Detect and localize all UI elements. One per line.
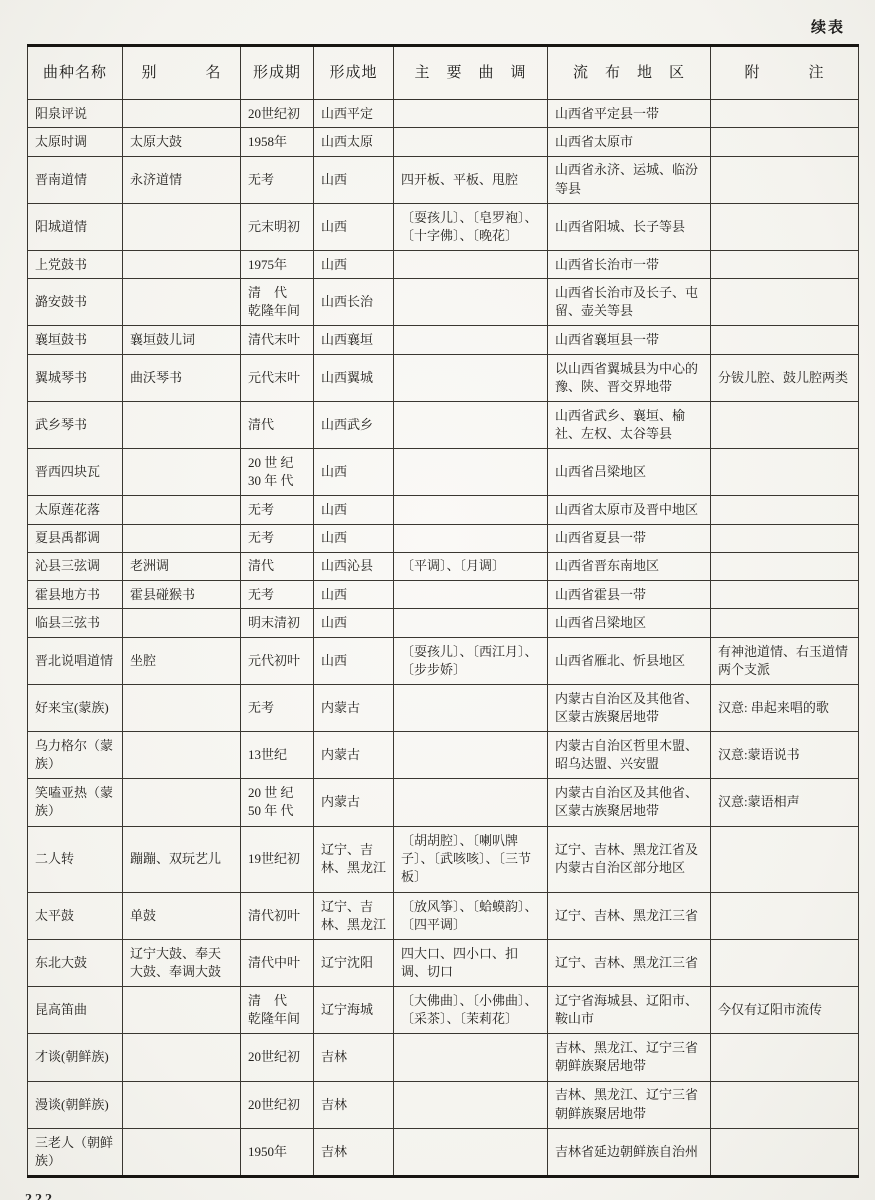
table-cell [711, 279, 859, 326]
table-cell [394, 609, 548, 637]
table-cell: 无考 [241, 581, 314, 609]
table-row: 阳城道情元末明初山西〔耍孩儿〕、〔皂罗袍〕、〔十字佛〕、〔晚花〕山西省阳城、长子… [28, 203, 859, 250]
quyi-table: 曲种名称别 名形成期形成地主 要 曲 调流 布 地 区附 注 阳泉评说20世纪初… [27, 44, 859, 1178]
page-number: 222 [25, 1192, 55, 1200]
table-cell [711, 401, 859, 448]
table-cell: 山西 [314, 203, 394, 250]
table-cell: 清 代 乾隆年间 [241, 987, 314, 1034]
table-cell [711, 552, 859, 580]
table-row: 笑嗑亚热（蒙族）20 世 纪 50 年 代内蒙古内蒙古自治区及其他省、区蒙古族聚… [28, 779, 859, 826]
table-cell: 乌力格尔（蒙族） [28, 732, 123, 779]
table-cell: 翼城琴书 [28, 354, 123, 401]
table-cell: 太平鼓 [28, 892, 123, 939]
table-cell: 山西省吕梁地区 [548, 609, 711, 637]
column-header: 曲种名称 [28, 46, 123, 100]
table-cell: 山西省长治市及长子、屯留、壶关等县 [548, 279, 711, 326]
table-cell: 四开板、平板、甩腔 [394, 156, 548, 203]
table-cell: 辽宁、吉林、黑龙江三省 [548, 939, 711, 986]
table-row: 太原时调太原大鼓1958年山西太原山西省太原市 [28, 128, 859, 156]
table-cell: 〔平调〕、〔月调〕 [394, 552, 548, 580]
table-cell: 〔耍孩儿〕、〔西江月〕、〔步步娇〕 [394, 637, 548, 684]
table-row: 翼城琴书曲沃琴书元代末叶山西翼城以山西省翼城县为中心的豫、陕、晋交界地带分钹儿腔… [28, 354, 859, 401]
table-cell: 山西 [314, 524, 394, 552]
table-cell: 山西平定 [314, 100, 394, 128]
table-cell: 1975年 [241, 250, 314, 278]
table-header: 曲种名称别 名形成期形成地主 要 曲 调流 布 地 区附 注 [28, 46, 859, 100]
table-row: 乌力格尔（蒙族）13世纪内蒙古内蒙古自治区哲里木盟、昭乌达盟、兴安盟汉意:蒙语说… [28, 732, 859, 779]
table-cell [711, 203, 859, 250]
table-cell: 〔胡胡腔〕、〔喇叭牌子〕、〔武咳咳〕、〔三节板〕 [394, 826, 548, 892]
table-cell: 山西 [314, 637, 394, 684]
table-row: 临县三弦书明末清初山西山西省吕梁地区 [28, 609, 859, 637]
table-cell: 吉林 [314, 1034, 394, 1081]
table-row: 太平鼓单鼓清代初叶辽宁、吉林、黑龙江〔放风筝〕、〔蛤蟆韵〕、〔四平调〕辽宁、吉林… [28, 892, 859, 939]
table-cell [123, 250, 241, 278]
table-cell [123, 496, 241, 524]
table-cell [711, 826, 859, 892]
table-cell: 太原大鼓 [123, 128, 241, 156]
table-cell: 山西沁县 [314, 552, 394, 580]
continued-table-label: 续表 [811, 16, 845, 37]
table-cell: 辽宁沈阳 [314, 939, 394, 986]
table-cell [394, 779, 548, 826]
table-cell [394, 581, 548, 609]
table-cell: 晋南道情 [28, 156, 123, 203]
table-row: 晋北说唱道情坐腔元代初叶山西〔耍孩儿〕、〔西江月〕、〔步步娇〕山西省雁北、忻县地… [28, 637, 859, 684]
table-cell [711, 156, 859, 203]
table-cell: 襄垣鼓书 [28, 326, 123, 354]
table-cell: 无考 [241, 496, 314, 524]
table-cell [394, 732, 548, 779]
table-cell [394, 100, 548, 128]
table-body: 阳泉评说20世纪初山西平定山西省平定县一带太原时调太原大鼓1958年山西太原山西… [28, 100, 859, 1177]
table-cell: 晋西四块瓦 [28, 449, 123, 496]
table-row: 太原莲花落无考山西山西省太原市及晋中地区 [28, 496, 859, 524]
table-cell [711, 1128, 859, 1176]
table-cell: 山西襄垣 [314, 326, 394, 354]
table-cell [394, 1128, 548, 1176]
table-cell: 20 世 纪 30 年 代 [241, 449, 314, 496]
table-cell: 山西省永济、运城、临汾等县 [548, 156, 711, 203]
table-cell: 今仅有辽阳市流传 [711, 987, 859, 1034]
table-cell: 漫谈(朝鲜族) [28, 1081, 123, 1128]
table-cell: 东北大鼓 [28, 939, 123, 986]
table-cell: 内蒙古 [314, 732, 394, 779]
table-cell: 山西 [314, 250, 394, 278]
table-cell: 清代末叶 [241, 326, 314, 354]
table-row: 潞安鼓书清 代 乾隆年间山西长治山西省长治市及长子、屯留、壶关等县 [28, 279, 859, 326]
table-cell [394, 401, 548, 448]
table-cell: 辽宁、吉林、黑龙江 [314, 892, 394, 939]
table-row: 东北大鼓辽宁大鼓、奉天大鼓、奉调大鼓清代中叶辽宁沈阳四大口、四小口、扣调、切口辽… [28, 939, 859, 986]
table-cell: 汉意:蒙语说书 [711, 732, 859, 779]
table-cell [394, 279, 548, 326]
table-cell [394, 354, 548, 401]
column-header: 别 名 [123, 46, 241, 100]
table-cell: 临县三弦书 [28, 609, 123, 637]
table-cell [123, 1081, 241, 1128]
table-cell [123, 684, 241, 731]
column-header: 流 布 地 区 [548, 46, 711, 100]
table-cell [123, 987, 241, 1034]
table-cell: 山西 [314, 609, 394, 637]
table-cell: 襄垣鼓儿词 [123, 326, 241, 354]
table-cell: 内蒙古自治区及其他省、区蒙古族聚居地带 [548, 779, 711, 826]
table-row: 霍县地方书霍县碰猴书无考山西山西省霍县一带 [28, 581, 859, 609]
table-row: 阳泉评说20世纪初山西平定山西省平定县一带 [28, 100, 859, 128]
table-cell: 山西省晋东南地区 [548, 552, 711, 580]
table-cell: 太原莲花落 [28, 496, 123, 524]
table-row: 二人转蹦蹦、双玩艺儿19世纪初辽宁、吉林、黑龙江〔胡胡腔〕、〔喇叭牌子〕、〔武咳… [28, 826, 859, 892]
table-row: 才谈(朝鲜族)20世纪初吉林吉林、黑龙江、辽宁三省朝鲜族聚居地带 [28, 1034, 859, 1081]
table-cell: 〔耍孩儿〕、〔皂罗袍〕、〔十字佛〕、〔晚花〕 [394, 203, 548, 250]
table-cell: 分钹儿腔、鼓儿腔两类 [711, 354, 859, 401]
table-row: 武乡琴书清代山西武乡山西省武乡、襄垣、榆社、左权、太谷等县 [28, 401, 859, 448]
table-cell: 山西省襄垣县一带 [548, 326, 711, 354]
table-cell: 吉林、黑龙江、辽宁三省朝鲜族聚居地带 [548, 1081, 711, 1128]
table-cell: 元代初叶 [241, 637, 314, 684]
table-row: 漫谈(朝鲜族)20世纪初吉林吉林、黑龙江、辽宁三省朝鲜族聚居地带 [28, 1081, 859, 1128]
column-header: 形成地 [314, 46, 394, 100]
table-cell [394, 1081, 548, 1128]
table-cell: 霍县碰猴书 [123, 581, 241, 609]
table-row: 三老人（朝鲜族）1950年吉林吉林省延边朝鲜族自治州 [28, 1128, 859, 1176]
table-cell [711, 128, 859, 156]
table-cell: 辽宁、吉林、黑龙江 [314, 826, 394, 892]
table-row: 昆高笛曲清 代 乾隆年间辽宁海城〔大佛曲〕、〔小佛曲〕、〔采茶〕、〔茉莉花〕辽宁… [28, 987, 859, 1034]
table-cell [711, 609, 859, 637]
table-cell: 明末清初 [241, 609, 314, 637]
table-cell: 山西翼城 [314, 354, 394, 401]
table-cell [123, 203, 241, 250]
table-cell: 1958年 [241, 128, 314, 156]
table-row: 晋西四块瓦20 世 纪 30 年 代山西山西省吕梁地区 [28, 449, 859, 496]
table-row: 襄垣鼓书襄垣鼓儿词清代末叶山西襄垣山西省襄垣县一带 [28, 326, 859, 354]
table-cell: 无考 [241, 156, 314, 203]
table-cell: 吉林、黑龙江、辽宁三省朝鲜族聚居地带 [548, 1034, 711, 1081]
table-cell: 吉林省延边朝鲜族自治州 [548, 1128, 711, 1176]
table-cell: 无考 [241, 684, 314, 731]
table-cell [394, 496, 548, 524]
table-cell [394, 684, 548, 731]
table-cell: 山西武乡 [314, 401, 394, 448]
scanned-page: { "page": { "continued_label": "续表", "pa… [0, 0, 875, 1200]
table-cell: 元代末叶 [241, 354, 314, 401]
table-cell: 清代初叶 [241, 892, 314, 939]
table-cell [394, 250, 548, 278]
table-cell: 吉林 [314, 1081, 394, 1128]
table-cell: 山西省武乡、襄垣、榆社、左权、太谷等县 [548, 401, 711, 448]
table-cell: 山西省雁北、忻县地区 [548, 637, 711, 684]
table-cell: 山西省太原市 [548, 128, 711, 156]
table-cell [123, 524, 241, 552]
table-cell: 辽宁、吉林、黑龙江三省 [548, 892, 711, 939]
table-cell [711, 326, 859, 354]
table-cell: 坐腔 [123, 637, 241, 684]
table-cell [394, 524, 548, 552]
table-cell: 清代 [241, 552, 314, 580]
table-cell [711, 1034, 859, 1081]
table-cell: 19世纪初 [241, 826, 314, 892]
column-header: 附 注 [711, 46, 859, 100]
table-cell: 〔放风筝〕、〔蛤蟆韵〕、〔四平调〕 [394, 892, 548, 939]
table-cell: 二人转 [28, 826, 123, 892]
table-cell: 三老人（朝鲜族） [28, 1128, 123, 1176]
table-cell [123, 279, 241, 326]
table-cell [123, 732, 241, 779]
table-cell [711, 496, 859, 524]
table-cell: 辽宁、吉林、黑龙江省及内蒙古自治区部分地区 [548, 826, 711, 892]
column-header: 主 要 曲 调 [394, 46, 548, 100]
table-cell: 辽宁省海城县、辽阳市、鞍山市 [548, 987, 711, 1034]
table-cell: 武乡琴书 [28, 401, 123, 448]
table-cell [394, 128, 548, 156]
table-cell: 1950年 [241, 1128, 314, 1176]
table-cell [711, 449, 859, 496]
table-cell: 20世纪初 [241, 1081, 314, 1128]
table-cell [394, 1034, 548, 1081]
table-row: 沁县三弦调老洲调清代山西沁县〔平调〕、〔月调〕山西省晋东南地区 [28, 552, 859, 580]
table-cell: 沁县三弦调 [28, 552, 123, 580]
table-cell: 山西省长治市一带 [548, 250, 711, 278]
table-cell: 好来宝(蒙族) [28, 684, 123, 731]
table-cell: 笑嗑亚热（蒙族） [28, 779, 123, 826]
table-cell: 山西省平定县一带 [548, 100, 711, 128]
table-cell: 山西长治 [314, 279, 394, 326]
table-cell: 13世纪 [241, 732, 314, 779]
table-cell: 太原时调 [28, 128, 123, 156]
table-cell [123, 609, 241, 637]
table-cell [711, 524, 859, 552]
table-cell: 山西太原 [314, 128, 394, 156]
table-cell: 老洲调 [123, 552, 241, 580]
table-cell: 清代 [241, 401, 314, 448]
table-cell: 山西省夏县一带 [548, 524, 711, 552]
table-cell: 山西省阳城、长子等县 [548, 203, 711, 250]
table-cell: 元末明初 [241, 203, 314, 250]
table-cell [123, 779, 241, 826]
table-cell: 山西 [314, 449, 394, 496]
table-cell: 山西 [314, 156, 394, 203]
table-cell: 〔大佛曲〕、〔小佛曲〕、〔采茶〕、〔茉莉花〕 [394, 987, 548, 1034]
table-cell: 阳城道情 [28, 203, 123, 250]
table-cell [711, 581, 859, 609]
table-cell: 四大口、四小口、扣调、切口 [394, 939, 548, 986]
table-cell: 晋北说唱道情 [28, 637, 123, 684]
table-cell: 山西 [314, 581, 394, 609]
table-cell: 辽宁海城 [314, 987, 394, 1034]
table-cell: 有神池道情、右玉道情两个支派 [711, 637, 859, 684]
table-cell [711, 100, 859, 128]
table-cell: 无考 [241, 524, 314, 552]
table-cell: 永济道情 [123, 156, 241, 203]
table-cell [711, 250, 859, 278]
table-cell: 内蒙古 [314, 779, 394, 826]
table-row: 好来宝(蒙族)无考内蒙古内蒙古自治区及其他省、区蒙古族聚居地带汉意: 串起来唱的… [28, 684, 859, 731]
table-cell: 山西省霍县一带 [548, 581, 711, 609]
table-cell [123, 449, 241, 496]
table-cell: 潞安鼓书 [28, 279, 123, 326]
table-cell: 20世纪初 [241, 1034, 314, 1081]
table-cell [123, 1034, 241, 1081]
table-cell: 山西省太原市及晋中地区 [548, 496, 711, 524]
table-cell: 蹦蹦、双玩艺儿 [123, 826, 241, 892]
table-cell [394, 449, 548, 496]
table-cell [123, 1128, 241, 1176]
table-cell: 单鼓 [123, 892, 241, 939]
table-cell: 汉意:蒙语相声 [711, 779, 859, 826]
table-row: 上党鼓书1975年山西山西省长治市一带 [28, 250, 859, 278]
table-cell: 辽宁大鼓、奉天大鼓、奉调大鼓 [123, 939, 241, 986]
table-cell: 20世纪初 [241, 100, 314, 128]
table-row: 夏县禹都调无考山西山西省夏县一带 [28, 524, 859, 552]
table-cell: 内蒙古自治区及其他省、区蒙古族聚居地带 [548, 684, 711, 731]
table-cell: 才谈(朝鲜族) [28, 1034, 123, 1081]
table-cell: 霍县地方书 [28, 581, 123, 609]
table-cell: 上党鼓书 [28, 250, 123, 278]
column-header: 形成期 [241, 46, 314, 100]
table-cell: 内蒙古自治区哲里木盟、昭乌达盟、兴安盟 [548, 732, 711, 779]
table-cell: 阳泉评说 [28, 100, 123, 128]
table-cell: 吉林 [314, 1128, 394, 1176]
table-cell: 以山西省翼城县为中心的豫、陕、晋交界地带 [548, 354, 711, 401]
table-cell [711, 939, 859, 986]
table-cell [711, 892, 859, 939]
table-cell: 清代中叶 [241, 939, 314, 986]
table-cell: 夏县禹都调 [28, 524, 123, 552]
table-cell: 内蒙古 [314, 684, 394, 731]
table-cell: 清 代 乾隆年间 [241, 279, 314, 326]
table-cell [394, 326, 548, 354]
table-cell [123, 401, 241, 448]
table-cell: 山西 [314, 496, 394, 524]
table-cell: 20 世 纪 50 年 代 [241, 779, 314, 826]
table-cell: 汉意: 串起来唱的歌 [711, 684, 859, 731]
table-cell: 曲沃琴书 [123, 354, 241, 401]
table-cell [711, 1081, 859, 1128]
table-cell: 山西省吕梁地区 [548, 449, 711, 496]
table-cell: 昆高笛曲 [28, 987, 123, 1034]
table-row: 晋南道情永济道情无考山西四开板、平板、甩腔山西省永济、运城、临汾等县 [28, 156, 859, 203]
header-row: 曲种名称别 名形成期形成地主 要 曲 调流 布 地 区附 注 [28, 46, 859, 100]
table-cell [123, 100, 241, 128]
